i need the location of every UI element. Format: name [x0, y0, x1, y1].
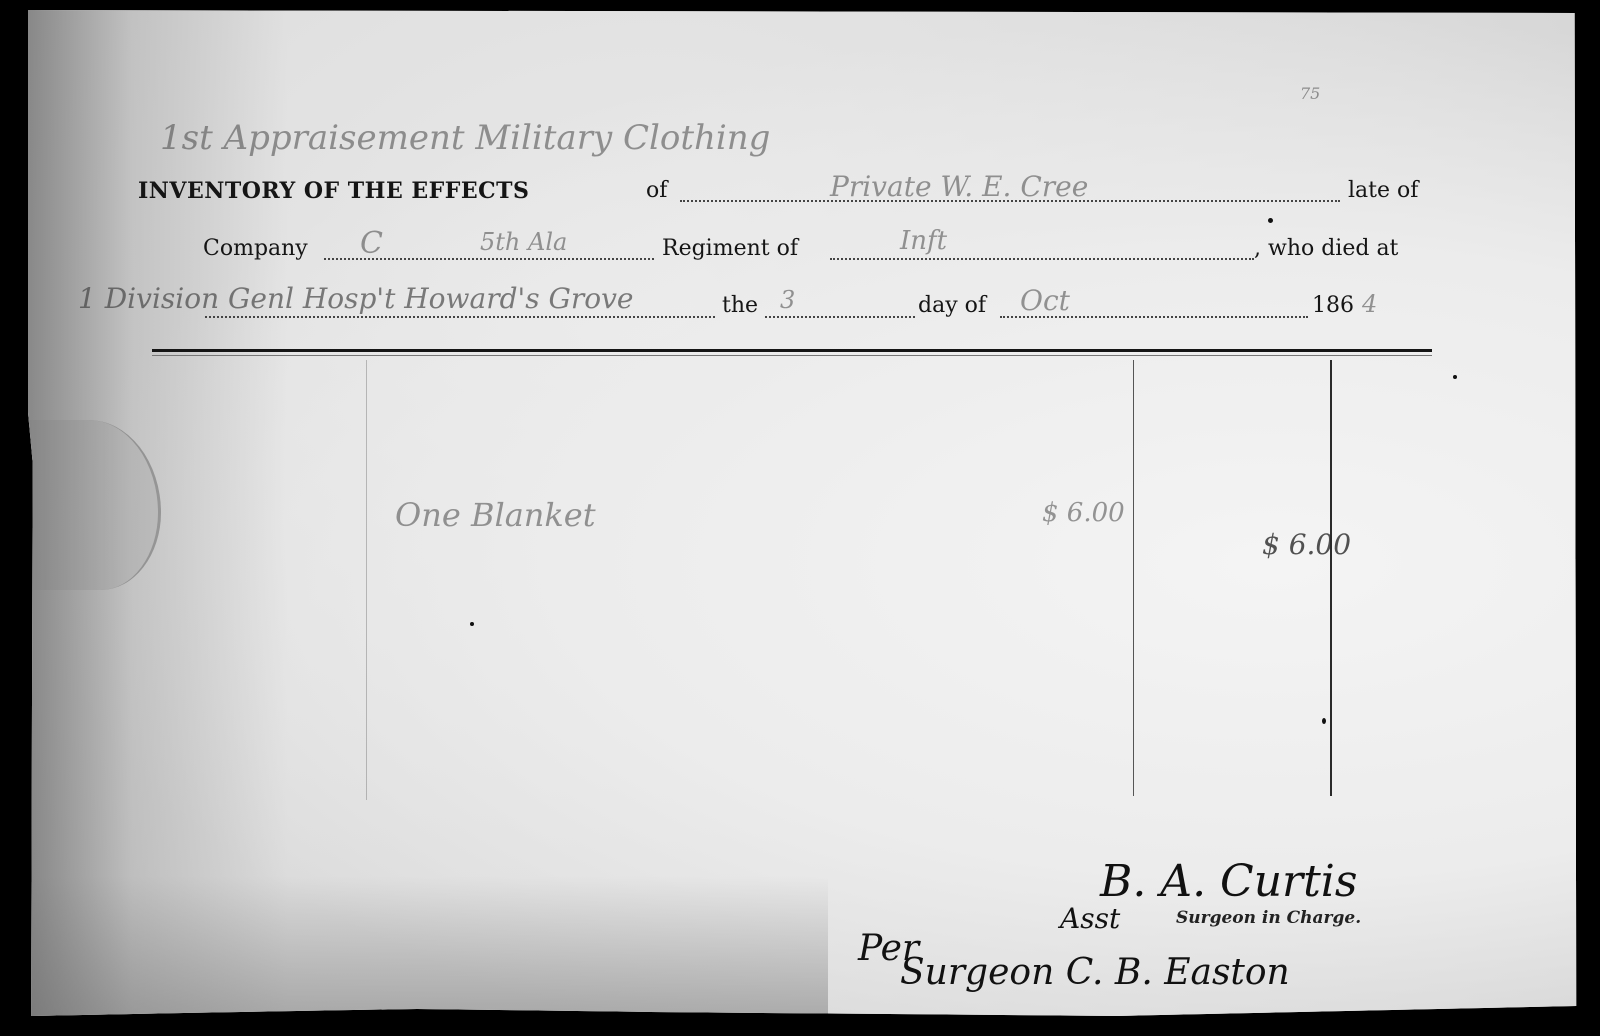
- ink-speck: [1322, 718, 1326, 724]
- day-line: [765, 316, 915, 318]
- company-value[interactable]: C: [360, 226, 383, 261]
- column-divider-1: [366, 360, 367, 800]
- place-line: [205, 316, 715, 318]
- place-of-death-value[interactable]: 1 Division Genl Hosp't Howard's Grove: [78, 282, 633, 315]
- month-value[interactable]: Oct: [1020, 284, 1070, 317]
- table-top-rule-thin: [152, 355, 1432, 356]
- the-label: the: [722, 293, 758, 318]
- corner-mark: 75: [1300, 84, 1320, 103]
- regiment-line: [830, 258, 1254, 260]
- item-description: One Blanket: [395, 496, 596, 534]
- regiment-type-value[interactable]: Inft: [900, 226, 947, 256]
- deceased-name[interactable]: Private W. E. Cree: [830, 170, 1088, 203]
- paper-bottom-shading: [28, 876, 828, 1016]
- of-label: of: [646, 178, 667, 203]
- form-title: INVENTORY OF THE EFFECTS: [138, 178, 529, 204]
- item-price: $ 6.00: [1042, 498, 1125, 528]
- handwritten-appraisement-note: 1st Appraisement Military Clothing: [160, 118, 770, 158]
- year-digit-value[interactable]: 4: [1362, 290, 1377, 318]
- year-prefix: 186: [1312, 293, 1354, 318]
- regiment-label: Regiment of: [662, 236, 798, 261]
- column-divider-2: [1133, 360, 1134, 796]
- company-label: Company: [203, 236, 308, 261]
- per-signer-signature: Surgeon C. B. Easton: [900, 952, 1290, 993]
- asst-prefix: Asst: [1060, 902, 1120, 935]
- late-of-label: late of: [1348, 178, 1418, 203]
- surgeon-title: Surgeon in Charge.: [1176, 908, 1361, 928]
- who-died-label: , who died at: [1254, 236, 1398, 261]
- day-of-label: day of: [918, 293, 986, 318]
- regiment-number-value[interactable]: 5th Ala: [480, 228, 567, 256]
- column-divider-3: [1330, 360, 1332, 796]
- surgeon-signature: B. A. Curtis: [1100, 856, 1357, 907]
- document-scan: 1st Appraisement Military Clothing 75 IN…: [0, 0, 1600, 1036]
- day-value[interactable]: 3: [780, 286, 795, 314]
- ink-speck: [1268, 218, 1273, 223]
- ink-speck: [1453, 375, 1457, 379]
- item-total: $ 6.00: [1262, 528, 1351, 561]
- table-top-rule: [152, 349, 1432, 352]
- ink-speck: [470, 622, 474, 626]
